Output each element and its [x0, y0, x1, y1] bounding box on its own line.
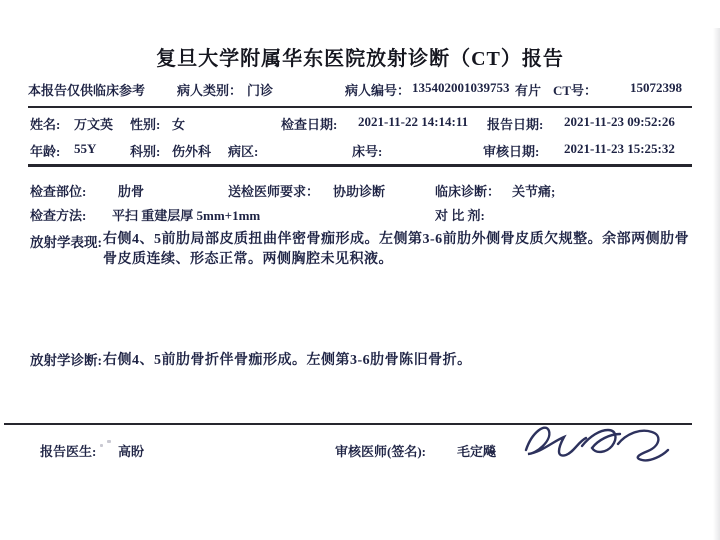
exam-part-label: 检查部位:: [30, 181, 86, 200]
report-doctor-label: 报告医生:: [40, 441, 96, 460]
contrast-label: 对 比 剂:: [435, 205, 485, 224]
report-date-value: 2021-11-23 09:52:26: [564, 114, 675, 130]
report-date-label: 报告日期:: [487, 114, 543, 133]
age-value: 55Y: [74, 141, 96, 157]
patient-type-label: 病人类别：: [177, 80, 242, 99]
name-label: 姓名:: [30, 114, 60, 133]
ct-no-label: CT号：: [553, 80, 597, 99]
bed-label: 床号:: [352, 141, 382, 160]
gender-value: 女: [172, 114, 185, 133]
audit-date-value: 2021-11-23 15:25:32: [564, 141, 675, 157]
stamp-residue: [100, 444, 103, 447]
method-label: 检查方法:: [30, 205, 86, 224]
audit-doctor-value: 毛定飚: [457, 441, 496, 460]
exam-part-value: 肋骨: [118, 181, 144, 200]
patient-no-label: 病人编号：: [345, 80, 410, 99]
ct-no-value: 15072398: [630, 80, 682, 96]
exam-date-value: 2021-11-22 14:14:11: [358, 114, 468, 130]
gender-label: 性别:: [130, 114, 160, 133]
audit-doctor-label: 审核医师(签名):: [335, 441, 426, 460]
patient-no-value: 135402001039753: [412, 80, 510, 96]
age-label: 年龄:: [30, 141, 60, 160]
findings-text: 右侧4、5前肋局部皮质扭曲伴密骨痂形成。左侧第3-6前肋外侧骨皮质欠规整。余部两…: [103, 230, 691, 270]
scan-edge-shadow: [713, 28, 720, 540]
handwritten-signature-icon: [516, 410, 676, 474]
name-value: 万文英: [74, 114, 113, 133]
request-label: 送检医师要求：: [228, 181, 319, 200]
diagnosis-text: 右侧4、5前肋骨折伴骨痂形成。左侧第3-6肋骨陈旧骨折。: [103, 351, 691, 371]
clinical-dx-label: 临床诊断：: [435, 181, 500, 200]
divider-top: [28, 106, 692, 108]
stamp-residue: [107, 440, 111, 443]
request-value: 协助诊断: [333, 181, 385, 200]
exam-date-label: 检查日期:: [281, 114, 337, 133]
report-doctor-value: 高盼: [118, 441, 144, 460]
report-title: 复旦大学附属华东医院放射诊断（CT）报告: [0, 42, 720, 71]
diagnosis-label: 放射学诊断:: [30, 349, 102, 369]
dept-value: 伤外科: [172, 141, 211, 160]
clinical-dx-value: 关节痛;: [512, 181, 555, 200]
ward-label: 病区:: [228, 141, 258, 160]
audit-date-label: 审核日期:: [483, 141, 539, 160]
dept-label: 科别:: [130, 141, 160, 160]
method-value: 平扫 重建层厚 5mm+1mm: [112, 205, 260, 224]
report-notice: 本报告仅供临床参考: [28, 80, 145, 99]
divider-patient: [28, 164, 692, 167]
findings-label: 放射学表现:: [30, 231, 102, 251]
ct-report-page: 复旦大学附属华东医院放射诊断（CT）报告 本报告仅供临床参考 病人类别： 门诊 …: [0, 0, 720, 540]
film-flag: 有片: [515, 80, 541, 99]
patient-type-value: 门诊: [247, 80, 273, 99]
